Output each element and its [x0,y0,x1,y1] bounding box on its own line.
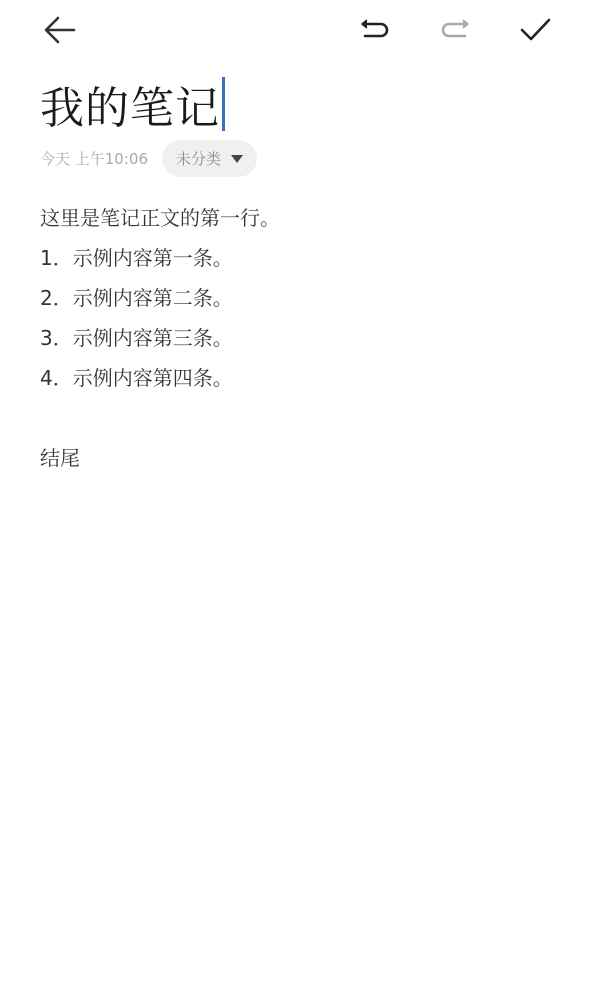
category-label: 未分类 [176,148,221,169]
body-line: 2．示例内容第二条。 [40,278,560,318]
body-line: 结尾 [40,438,560,478]
body-line: 这里是笔记正文的第一行。 [40,198,560,238]
body-line [40,398,560,438]
back-button[interactable] [40,10,80,50]
dropdown-triangle-icon [231,155,243,163]
text-cursor [222,77,225,131]
note-title-field[interactable]: 我的笔记 [40,72,225,136]
body-line: 4．示例内容第四条。 [40,358,560,398]
undo-button[interactable] [355,10,395,50]
body-line: 1．示例内容第一条。 [40,238,560,278]
redo-button[interactable] [435,10,475,50]
body-line: 3．示例内容第三条。 [40,318,560,358]
note-body-editor[interactable]: 这里是笔记正文的第一行。 1．示例内容第一条。 2．示例内容第二条。 3．示例内… [40,198,560,478]
category-dropdown[interactable]: 未分类 [162,140,257,177]
note-timestamp: 今天 上午10:06 [40,148,148,169]
note-title: 我的笔记 [40,72,220,136]
undo-icon [357,12,393,48]
note-meta: 今天 上午10:06 未分类 [40,140,257,177]
redo-icon [437,12,473,48]
checkmark-icon [517,12,553,48]
note-toolbar [0,0,594,60]
arrow-left-icon [42,12,78,48]
save-button[interactable] [515,10,555,50]
